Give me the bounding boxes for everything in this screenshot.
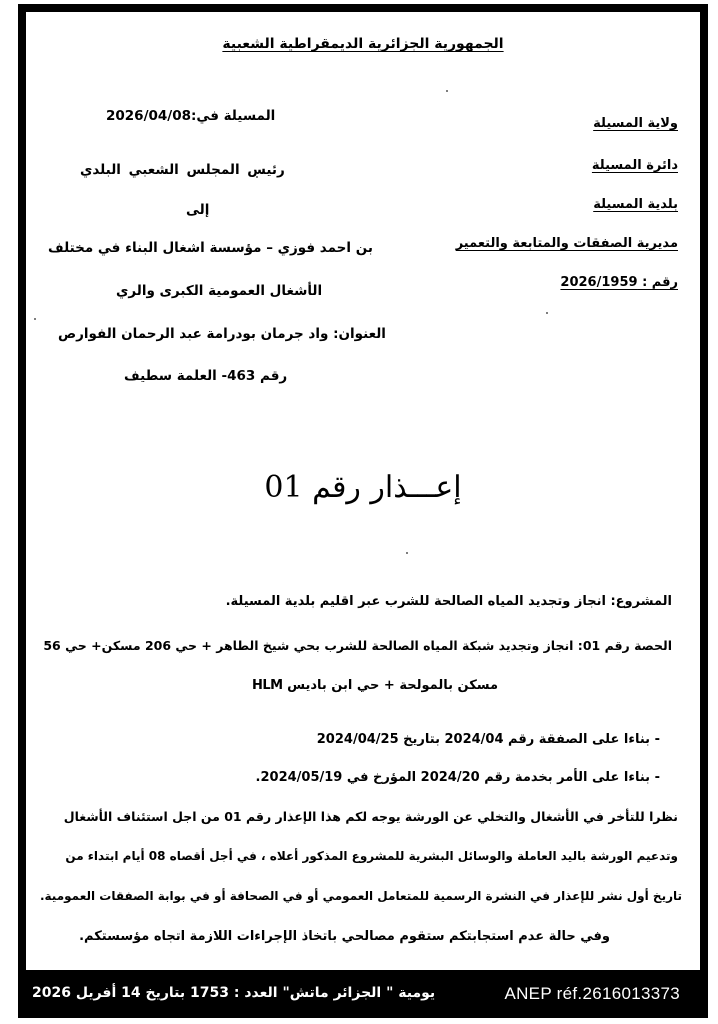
to-label: إلى [186, 202, 209, 218]
scan-speck [256, 176, 258, 178]
sender-commune: بلدية المسيلة [593, 197, 678, 212]
sender-daira: دائرة المسيلة [592, 158, 678, 173]
recipient-line-1: بن احمد فوزي – مؤسسة اشغال البناء في مخت… [48, 240, 373, 256]
paragraph-line-1: نظرا للتأخر في الأشغال والتخلي عن الورشة… [64, 809, 678, 824]
recipient-address-2: رقم 463- العلمة سطيف [124, 368, 287, 384]
from-title: رئيس المجلس الشعبي البلدي [80, 162, 285, 178]
document-page: الجمهورية الجزائرية الديمقراطية الشعبية … [26, 12, 700, 970]
paragraph-line-4: وفي حالة عدم استجابتكم ستقوم مصالحي باتخ… [79, 929, 610, 944]
project-line: المشروع: انجاز وتجديد المياه الصالحة للش… [226, 594, 672, 609]
sender-wilaya: ولاية المسيلة [593, 116, 678, 131]
sender-reference: رقم : 2026/1959 [560, 275, 678, 290]
publication-footer: ANEP réf.2616013373 يومية " الجزائر ماتش… [26, 974, 700, 1014]
scan-speck [446, 90, 448, 92]
paragraph-line-3: تاريخ أول نشر للإعذار في النشرة الرسمية … [40, 889, 682, 903]
header-title: الجمهورية الجزائرية الديمقراطية الشعبية [26, 36, 700, 52]
lot-line-2: مسكن بالمولحة + حي ابن باديس HLM [26, 678, 700, 693]
notice-title: إعـــذار رقم 01 [26, 470, 700, 505]
basis-service-order: - بناءا على الأمر بخدمة رقم 2024/20 المؤ… [256, 770, 660, 785]
basis-contract: - بناءا على الصفقة رقم 2024/04 بتاريخ 20… [317, 732, 660, 747]
place-date: المسيلة في:2026/04/08 [106, 108, 275, 124]
scan-speck [34, 318, 36, 320]
recipient-address-1: العنوان: واد جرمان بودرامة عبد الرحمان ا… [58, 326, 386, 342]
anep-reference: ANEP réf.2616013373 [504, 984, 680, 1004]
publication-info: يومية " الجزائر ماتش" العدد : 1753 بتاري… [32, 985, 435, 1001]
sender-directorate: مديرية الصفقات والمتابعة والتعمير [456, 236, 678, 251]
scan-speck [406, 552, 408, 554]
paragraph-line-2: وتدعيم الورشة باليد العاملة والوسائل الب… [65, 849, 678, 863]
lot-line-1: الحصة رقم 01: انجاز وتجديد شبكة المياه ا… [43, 638, 672, 653]
scan-speck [546, 312, 548, 314]
recipient-line-2: الأشغال العمومية الكبرى والري [116, 283, 322, 299]
